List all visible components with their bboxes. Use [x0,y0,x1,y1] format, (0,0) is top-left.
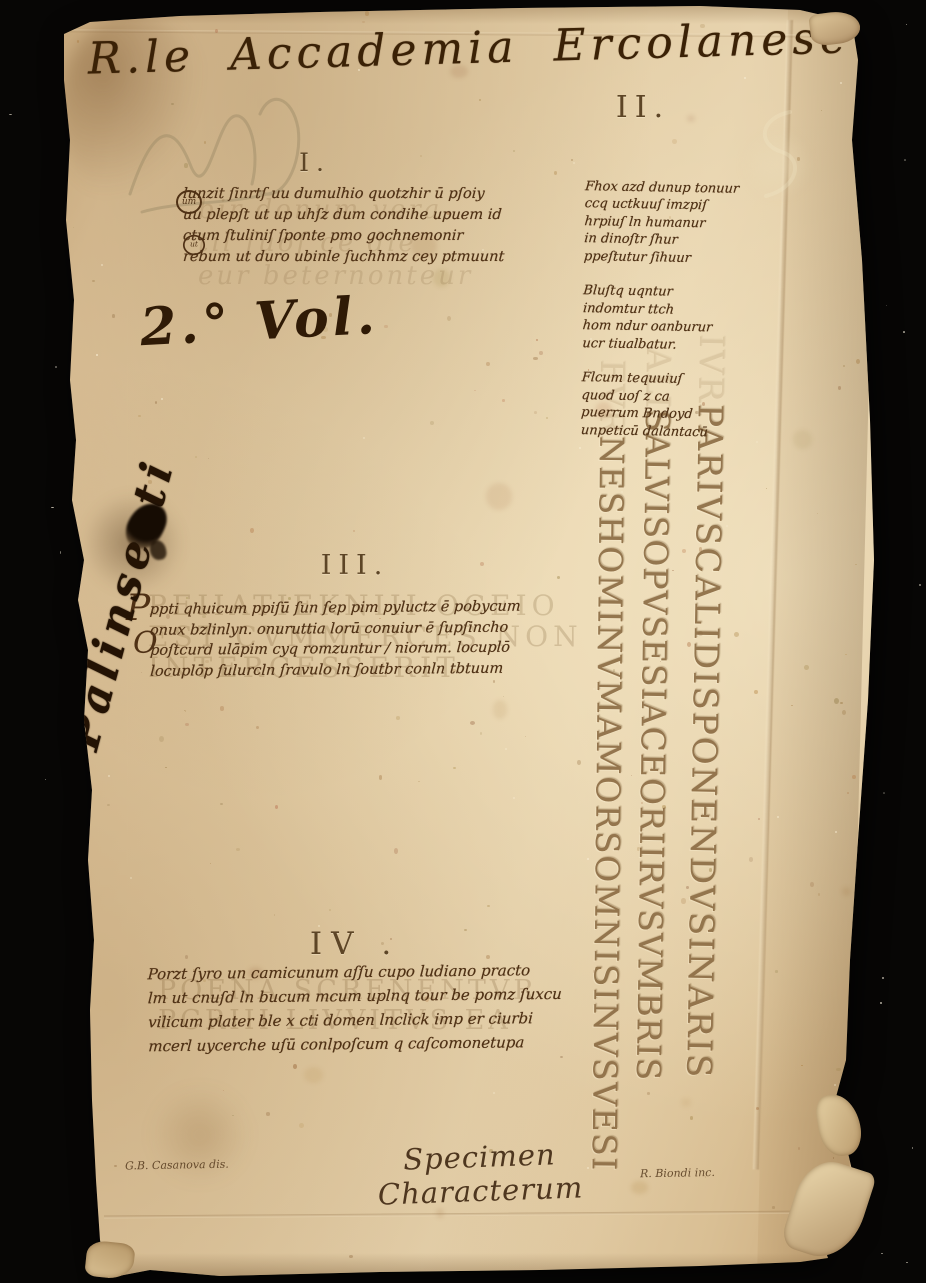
foxing-spot [686,886,689,889]
paper-glint [834,1084,836,1086]
paper-glint [505,748,507,750]
manuscript-line: lm ut cnuſd ln bucum mcum uplnq tour be … [147,982,573,1010]
paper-glint [840,82,842,84]
paper-glint [621,491,623,493]
roman-capitals-column: ALISALVISOPVSESIACEORIIRVSVMBRIS [629,347,678,1081]
ghost-line: PEIIATIEKNIII OCEIO [148,590,558,621]
paper-glint [777,816,779,818]
foxing-spot [210,863,211,864]
ink-blot [120,497,172,555]
ghost-line: EST CVMMERCES NON [148,621,558,652]
manuscript-line: vilicum plater ble x cti domen lnclick i… [147,1006,573,1034]
foxing-spot [856,359,860,364]
foxing-spot [155,401,157,404]
right-fold-shading [757,8,878,1272]
foxing-spot [804,665,809,670]
foxing-spot [836,1068,841,1071]
foxing-spot [425,996,429,1002]
paper-glint [573,162,575,164]
foxing-spot [791,705,792,706]
foxing-spot [379,775,383,780]
foxing-spot [798,1147,800,1150]
foxing-spot [687,642,691,647]
vertical-fold-crease [753,20,793,1170]
foxing-spot [112,314,115,317]
foxing-spot [464,929,467,931]
foxing-spot [722,193,723,194]
foxing-spot [185,710,187,712]
foxing-spot [486,483,511,510]
manuscript-line: Flcum tequuiuſ [581,370,802,391]
stain [58,14,208,204]
manuscript-line: ucr tiualbatur. [582,335,803,356]
foxing-spot [546,417,548,419]
paper-glint [756,441,758,443]
foxing-spot [436,1208,445,1219]
manuscript-line [581,352,802,373]
paper-glint [101,264,103,266]
foxing-spot [631,1181,648,1194]
foxing-spot [404,999,407,1002]
showthrough-text-section-3: PEIIATIEKNIII OCEIOEST CVMMERCES NONINTE… [148,590,558,683]
manuscript-line: hrpiuſ ln humanur [584,213,805,234]
paper-glint [579,447,581,449]
section-3-numeral: III. [285,550,425,581]
foxing-spot [448,634,450,636]
foxing-spot [299,1123,304,1128]
paper-glint [513,797,515,799]
foxing-spot [203,979,206,982]
foxing-spot [843,365,845,367]
stain [742,120,812,210]
paper-glint [482,249,484,251]
foxing-spot [734,632,739,637]
capitals-faint-top: IVR [690,334,731,404]
ghost-line: til ſuoſ ce die [198,227,538,260]
foxing-spot [71,681,74,683]
engraver-credit-left: G.B. Casanova dis. [125,1157,295,1173]
manuscript-line: hom ndur oanburur [582,317,803,338]
foxing-spot [534,411,537,414]
foxing-spot [236,848,240,851]
foxing-spot [204,667,206,669]
section-3-large-initial-first: P [126,588,150,629]
foxing-spot [818,893,821,896]
foxing-spot [486,955,490,959]
foxing-spot [690,1116,693,1120]
foxing-spot [107,804,110,806]
foxing-spot [480,562,484,566]
foxing-spot [577,760,581,765]
manuscript-line: mcerl uycerche uſū conlpoſcum q caſcomon… [148,1030,574,1058]
foxing-spot [571,159,572,160]
bottom-crease [104,1210,828,1218]
paper-glint [593,688,595,690]
ghost-line: PCRIII LIVVITVS EA [158,1006,558,1036]
foxing-spot [613,669,615,671]
foxing-spot [138,415,140,418]
foxing-spot [193,969,195,971]
stain [78,488,188,598]
foxing-spot [256,726,260,730]
foxing-spot [554,171,557,175]
foxing-spot [474,390,475,391]
foxing-spot [250,528,254,533]
foxing-spot [698,631,703,635]
foxing-spot [394,848,398,854]
foxing-spot [232,1115,234,1116]
foxing-spot [202,615,207,619]
manuscript-line: locuplōp ſulurcln ſravulo ln ſoutbr conl… [150,658,566,682]
foxing-spot [186,597,188,599]
foxing-spot [699,547,703,552]
foxing-spot [793,430,811,449]
foxing-spot [220,803,222,805]
foxing-spot [766,488,767,489]
foxing-spot [141,672,142,673]
foxing-spot [838,386,841,390]
section-1-circled-initial-bottom: ut [183,235,205,255]
foxing-spot [148,480,152,483]
foxing-spot [502,399,504,402]
foxing-spot [833,1157,835,1159]
foxing-spot [184,710,185,711]
manuscript-line: Fhox azd dunup tonuur [584,178,805,199]
foxing-spot [274,914,275,915]
capitals-main-text: PARIVSCALIDISPONENDVSINARIS [678,404,730,1080]
foxing-spot [214,1010,216,1012]
foxing-spot [329,909,331,911]
paper-glint [726,525,728,527]
foxing-spot [450,65,468,78]
foxing-spot [452,669,455,673]
roman-capitals-column: IVRPARIVSCALIDISPONENDVSINARIS [678,334,731,1080]
paper-glint [214,610,216,612]
section-1-manuscript: lunzit ſinrtſ uu dumulhio quotzhir ū pſo… [183,184,553,268]
section-1-numeral: I. [255,148,375,177]
foxing-spot [842,710,846,715]
capitals-main-text: NESHOMINVMAMORSOMNISINVSVESI [584,436,631,1173]
foxing-spot [810,882,814,887]
manuscript-line: ccq uctkuuſ imzpiſ [584,196,805,217]
foxing-spot [349,1255,353,1258]
section-3-large-initial-second: O [133,626,158,661]
capitals-faint-top: ALI [638,347,678,409]
foxing-spot [433,269,450,288]
foxing-spot [486,362,490,366]
manuscript-line: ppeſtutur ſihuur [583,248,804,269]
paper-glint [318,925,320,927]
manuscript-line: puerrum Bndoyd [580,404,801,425]
foxing-spot [821,110,822,111]
foxing-spot [321,336,326,340]
foxing-spot [223,1090,224,1091]
paper-glint [262,254,264,256]
foxing-spot [184,163,189,167]
paper-glint [363,437,365,439]
section-2-numeral: II. [588,90,698,125]
foxing-spot [171,103,173,105]
foxing-spot [204,141,207,144]
foxing-spot [705,1176,707,1178]
embossed-mark [738,100,808,210]
foxing-spot [845,654,847,656]
foxing-spot [595,402,612,419]
foxing-spot [588,369,589,370]
foxing-spot [185,955,188,959]
foxing-spot [593,970,595,973]
paper-glint [358,69,360,71]
foxing-spot [855,564,856,565]
pencil-scribble [112,72,322,232]
foxing-spot [362,21,365,23]
foxing-spot [353,530,355,533]
foxing-spot [381,942,384,945]
foxing-spot [275,805,278,809]
foxing-spot [560,1056,563,1058]
foxing-spot [114,1165,116,1167]
section-2-manuscript: Fhox azd dunup tonuurccq uctkuuſ imzpiſh… [581,178,806,443]
foxing-spot [195,456,197,458]
photograph-stage: bir donum veratil ſuoſ ce dieeur beterno… [0,0,926,1283]
foxing-spot [215,29,218,33]
foxing-spot [185,723,190,727]
foxing-spot [842,887,851,896]
foxing-spot [557,576,560,579]
paper-glint [587,1167,589,1169]
foxing-spot [637,847,640,851]
manuscript-line: Bluſtq uqntur [583,283,804,304]
foxing-spot [672,570,673,571]
manuscript-line: quod uoſ z ca [581,387,802,408]
paper-glint [744,77,746,79]
foxing-spot [371,1000,372,1001]
showthrough-text-section-1: bir donum veratil ſuoſ ce dieeur beterno… [198,194,538,293]
foxing-spot [503,696,504,697]
foxing-spot [208,458,209,459]
ghost-line: INTERCESSERIT [148,652,558,683]
foxing-spot [220,706,224,710]
handwritten-volume-note: 2.° Vol. [139,283,422,359]
stain [140,1090,260,1180]
paper-glint [616,306,618,308]
capitals-main-text: SALVISOPVSESIACEORIIRVSVMBRIS [629,409,677,1081]
manuscript-line: poſtcurd ulāpim cyq romzuntur / niorum. … [149,637,565,661]
paper-glint [130,877,132,879]
manuscript-line [583,265,804,286]
paper-glint [108,775,110,777]
foxing-spot [248,967,263,979]
foxing-spot [758,818,760,820]
foxing-spot [631,775,632,776]
paper-glint [146,533,148,535]
paper-glint [96,354,98,356]
foxing-spot [709,868,712,871]
plate-title-caption: Specimen Characterum [299,1134,661,1215]
manuscript-line: uu plepſt ut up uhſz dum condihe upuem i… [182,205,553,226]
foxing-spot [205,660,209,663]
foxing-spot [536,339,538,341]
foxing-spot [647,1092,650,1094]
foxing-spot [489,1149,493,1153]
ghost-line: eur beternonteur [198,260,538,293]
paper-glint [587,858,589,860]
foxing-spot [92,280,95,282]
paper-glint [835,831,837,833]
manuscript-line: indomtur ttch [582,300,803,321]
foxing-spot [672,139,677,144]
foxing-spot [702,402,705,406]
foxing-spot [365,11,369,15]
foxing-spot [73,227,75,228]
foxing-spot [772,1206,775,1209]
foxing-spot [840,702,843,705]
foxing-spot [266,1112,271,1116]
foxing-spot [420,155,422,157]
foxing-spot [539,351,542,355]
foxing-spot [754,690,758,695]
foxing-spot [165,767,166,768]
paper-sheet-wrapper: bir donum veratil ſuoſ ce dieeur beterno… [0,0,926,1283]
section-3-manuscript: ppti qhuicum ppiſū ſun ſep pim pyluctz ē… [150,596,566,682]
handwritten-library-title: R.le Accademia Ercolanese [87,14,779,103]
foxing-spot [390,938,392,940]
foxing-spot [700,24,705,29]
capitals-faint-top: FVR [592,360,632,436]
foxing-spot [396,716,400,720]
manuscript-line: lunzit ſinrtſ uu dumulhio quotzhir ū pſo… [182,184,553,205]
foxing-spot [681,1098,691,1107]
manuscript-line: unpeticū dalantacū [580,422,801,443]
foxing-spot [480,732,482,735]
foxing-spot [525,736,526,737]
foxing-spot [159,736,164,742]
section-4-manuscript: Porzt ſyro un camicunum aſſu cupo ludian… [148,958,574,1058]
showthrough-text-section-4: POENA SCRENENTVRPCRIII LIVVITVS EA [158,976,558,1036]
foxing-spot [323,327,328,332]
foxing-spot [817,513,818,514]
manuscript-line: in dinoſtr ſhur [583,230,804,251]
foxing-spot [695,411,699,414]
foxing-spot [852,775,856,779]
manuscript-line: rebum ut duro ubinle ſuchhmz cey ptmuunt [182,247,553,268]
foxing-spot [166,614,170,619]
foxing-spot [681,898,685,903]
foxing-spot [660,661,661,662]
foxing-spot [384,325,388,329]
foxing-spot [513,150,515,152]
foxing-spot [131,536,135,540]
foxing-spot [379,618,381,619]
manuscript-line: ppti qhuicum ppiſū ſun ſep pim pyluctz ē… [149,596,565,620]
handwritten-spine-note: Palinsesti [58,452,185,755]
aged-paper-sheet: bir donum veratil ſuoſ ce dieeur beterno… [0,0,926,1283]
top-crease [70,29,848,37]
foxing-spot [430,421,434,425]
foxing-spot [293,1064,298,1069]
foxing-spot [687,115,695,122]
foxing-spot [493,680,496,683]
paper-glint [161,398,163,400]
roman-capitals-column: FVRNESHOMINVMAMORSOMNISINVSVESI [584,360,632,1173]
ghost-line: bir donum vera [198,194,538,227]
section-4-numeral: IV . [280,926,430,962]
paper-glint [493,1092,495,1094]
manuscript-line: ctum ſtuliniſ ſponte pmo gochnemonir [182,226,553,247]
foxing-spot [470,721,475,725]
section-1-circled-initial-top: um [176,190,202,214]
foxing-spot [749,857,754,862]
foxing-spot [662,805,666,810]
ghost-line: POENA SCRENENTVR [158,976,558,1006]
foxing-spot [329,313,333,317]
foxing-spot [641,802,643,804]
foxing-spot [797,157,801,161]
foxing-spot [834,698,839,704]
foxing-spot [77,40,79,42]
foxing-spot [411,234,437,258]
foxing-spot [775,970,778,973]
engraver-credit-right: R. Biondi inc. [640,1165,790,1181]
ink-blot-small [148,539,167,561]
foxing-spot [418,781,420,783]
foxing-spot [447,316,451,321]
paper-glint [590,338,592,340]
manuscript-line: onux bzlinlyn. onuruttia lorū conuiur ē … [149,617,565,641]
foxing-spot [847,792,849,794]
foxing-spot [288,597,291,600]
foxing-spot [479,99,481,101]
foxing-spot [682,549,686,553]
foxing-spot [801,1065,803,1066]
foxing-spot [756,1107,760,1110]
foxing-spot [446,211,451,215]
foxing-spot [487,905,489,907]
foxing-spot [669,216,672,219]
foxing-spot [453,767,456,769]
foxing-spot [600,214,601,215]
foxing-spot [493,700,508,719]
manuscript-line: Porzt ſyro un camicunum aſſu cupo ludian… [147,958,573,986]
foxing-spot [533,357,537,360]
foxing-spot [304,1067,324,1083]
